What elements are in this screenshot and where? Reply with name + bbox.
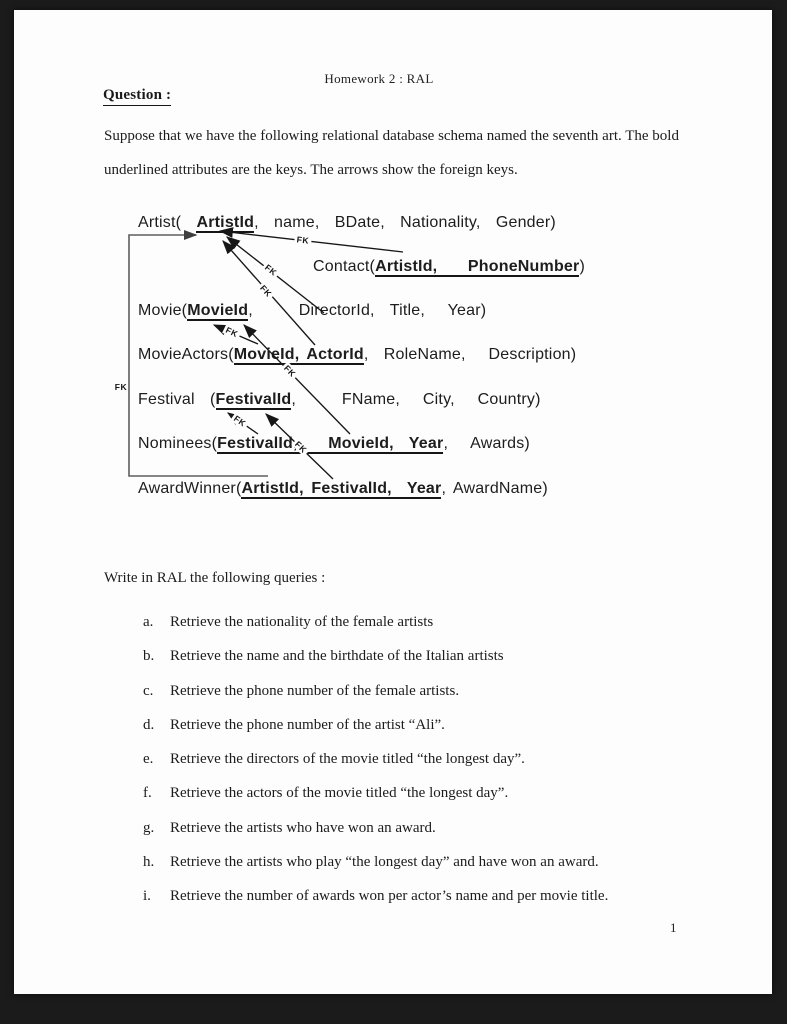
schema-key-attributes: FestivalId, MovieId, Year [217, 435, 443, 454]
schema-row-contact: Contact(ArtistId, PhoneNumber) [313, 258, 585, 276]
schema-row-awardwinner: AwardWinner(ArtistId, FestivalId, Year, … [138, 480, 548, 498]
schema-text: Artist( [138, 214, 196, 231]
query-letter: e. [143, 751, 170, 768]
query-letter: h. [143, 854, 170, 871]
schema-row-artist: Artist( ArtistId, name, BDate, Nationali… [138, 214, 556, 232]
schema-text: , DirectorId, Title, Year) [248, 302, 486, 319]
query-text: Retrieve the directors of the movie titl… [170, 751, 525, 767]
query-item-e: e.Retrieve the directors of the movie ti… [143, 751, 525, 768]
query-text: Retrieve the name and the birthdate of t… [170, 648, 504, 664]
schema-row-movieactors: MovieActors(MovieId, ActorId, RoleName, … [138, 346, 576, 364]
schema-text: AwardWinner( [138, 480, 241, 497]
query-letter: d. [143, 717, 170, 734]
schema-text: , name, BDate, Nationality, Gender) [254, 214, 556, 231]
query-text: Retrieve the artists who play “the longe… [170, 854, 599, 870]
query-letter: b. [143, 648, 170, 665]
schema-row-festival: Festival (FestivalId, FName, City, Count… [138, 391, 541, 409]
page-number: 1 [670, 920, 677, 936]
query-text: Retrieve the nationality of the female a… [170, 614, 433, 630]
schema-text: , Awards) [443, 435, 530, 452]
schema-key-attributes: MovieId [187, 302, 248, 321]
schema-text: , RoleName, Description) [364, 346, 576, 363]
schema-text: Contact( [313, 258, 375, 275]
document-page: Homework 2 : RAL Question : Suppose that… [14, 10, 772, 994]
queries-list: a.Retrieve the nationality of the female… [143, 614, 743, 934]
schema-text: , AwardName) [441, 480, 547, 497]
schema-row-movie: Movie(MovieId, DirectorId, Title, Year) [138, 302, 486, 320]
query-item-g: g.Retrieve the artists who have won an a… [143, 820, 436, 837]
schema-key-attributes: ArtistId, PhoneNumber [375, 258, 579, 277]
query-item-h: h.Retrieve the artists who play “the lon… [143, 854, 599, 871]
schema-key-attributes: ArtistId, FestivalId, Year [241, 480, 441, 499]
query-item-a: a.Retrieve the nationality of the female… [143, 614, 433, 631]
queries-heading: Write in RAL the following queries : [104, 570, 325, 587]
schema-key-attributes: MovieId, ActorId [234, 346, 364, 365]
query-text: Retrieve the phone number of the artist … [170, 717, 445, 733]
query-letter: g. [143, 820, 170, 837]
query-text: Retrieve the actors of the movie titled … [170, 785, 508, 801]
schema-text: Nominees( [138, 435, 217, 452]
query-letter: i. [143, 888, 170, 905]
query-text: Retrieve the number of awards won per ac… [170, 888, 608, 904]
document-viewer-background: Homework 2 : RAL Question : Suppose that… [0, 0, 787, 1024]
schema-diagram: Artist( ArtistId, name, BDate, Nationali… [14, 10, 772, 530]
schema-key-attributes: ArtistId [196, 214, 254, 233]
schema-text: Festival ( [138, 391, 216, 408]
schema-text: MovieActors( [138, 346, 234, 363]
schema-key-attributes: FestivalId [216, 391, 292, 410]
query-letter: c. [143, 683, 170, 700]
schema-row-nominees: Nominees(FestivalId, MovieId, Year, Awar… [138, 435, 530, 453]
query-text: Retrieve the artists who have won an awa… [170, 820, 436, 836]
query-letter: f. [143, 785, 170, 802]
query-text: Retrieve the phone number of the female … [170, 683, 459, 699]
query-item-i: i.Retrieve the number of awards won per … [143, 888, 608, 905]
query-letter: a. [143, 614, 170, 631]
query-item-f: f.Retrieve the actors of the movie title… [143, 785, 508, 802]
query-item-c: c.Retrieve the phone number of the femal… [143, 683, 459, 700]
query-item-b: b.Retrieve the name and the birthdate of… [143, 648, 504, 665]
schema-text: , FName, City, Country) [291, 391, 540, 408]
schema-text: Movie( [138, 302, 187, 319]
schema-text: ) [579, 258, 585, 275]
query-item-d: d.Retrieve the phone number of the artis… [143, 717, 445, 734]
